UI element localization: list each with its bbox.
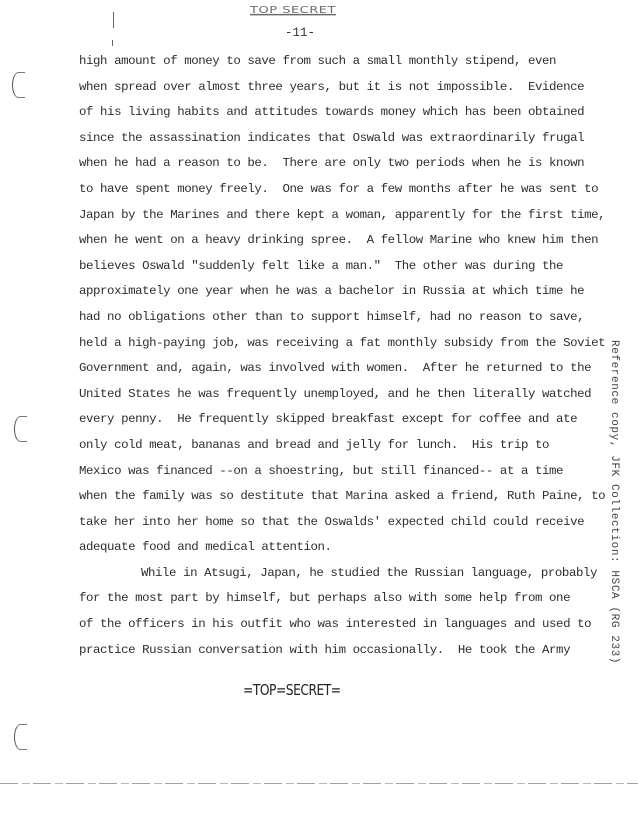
body-line: adequate food and medical attention. [79,535,579,561]
body-line: when spread over almost three years, but… [79,75,579,101]
binder-hole-mark [14,724,27,750]
header-classification-stamp: TOP SECRET [228,5,358,16]
body-line: when the family was so destitute that Ma… [79,484,579,510]
body-line: for the most part by himself, but perhap… [79,586,579,612]
body-line: high amount of money to save from such a… [79,49,579,75]
footer-classification-stamp: =TOP=SECRET= [243,681,341,699]
body-line: every penny. He frequently skipped break… [79,407,579,433]
body-line: of the officers in his outfit who was in… [79,612,579,638]
body-line: United States he was frequently unemploy… [79,382,579,408]
document-body: high amount of money to save from such a… [79,49,579,663]
body-line: when he went on a heavy drinking spree. … [79,228,579,254]
body-line: when he had a reason to be. There are on… [79,151,579,177]
body-line: believes Oswald "suddenly felt like a ma… [79,254,579,280]
body-line: Government and, again, was involved with… [79,356,579,382]
binder-hole-mark [12,72,25,98]
body-line: to have spent money freely. One was for … [79,177,579,203]
body-line: practice Russian conversation with him o… [79,638,579,664]
scan-edge-line [0,783,638,784]
page-number: -11- [280,26,320,40]
body-line: held a high-paying job, was receiving a … [79,331,579,357]
body-line: Japan by the Marines and there kept a wo… [79,203,579,229]
archive-reference-note: Reference copy, JFK Collection: HSCA (RG… [608,340,620,664]
body-line: approximately one year when he was a bac… [79,279,579,305]
body-line: had no obligations other than to support… [79,305,579,331]
body-line: since the assassination indicates that O… [79,126,579,152]
body-line: only cold meat, bananas and bread and je… [79,433,579,459]
margin-mark [112,40,113,46]
body-line: of his living habits and attitudes towar… [79,100,579,126]
margin-mark [113,12,114,28]
body-line: Mexico was financed --on a shoestring, b… [79,459,579,485]
paragraph-start-line: While in Atsugi, Japan, he studied the R… [79,561,579,587]
body-line: take her into her home so that the Oswal… [79,510,579,536]
binder-hole-mark [14,416,27,442]
